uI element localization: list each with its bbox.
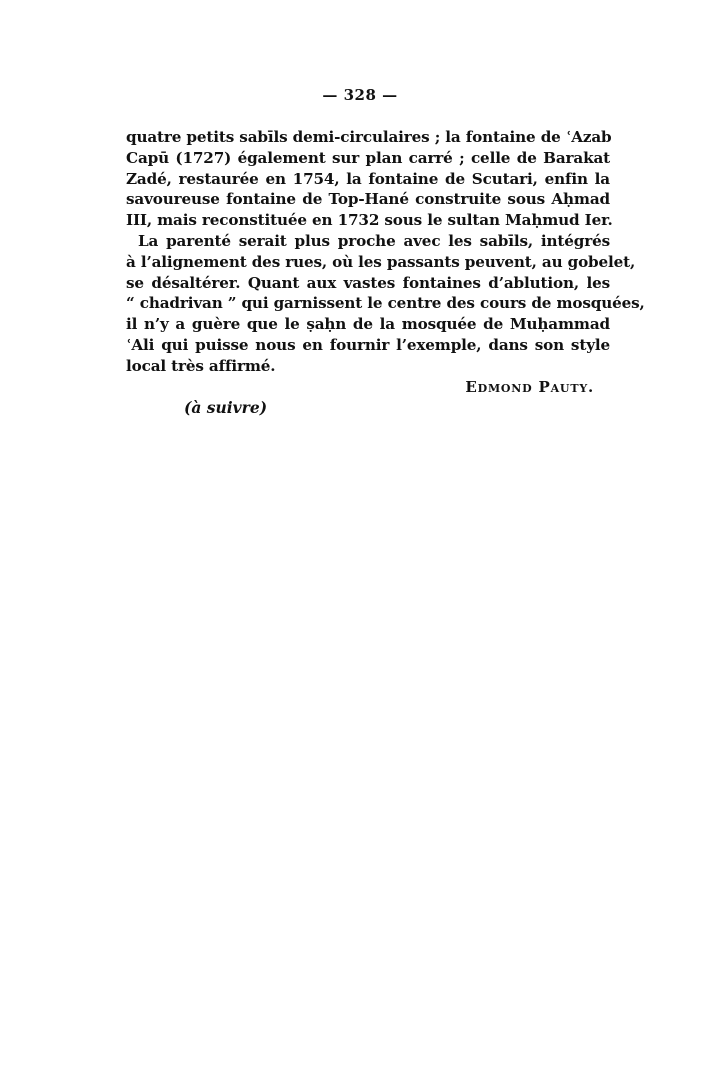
text-line: ʿAli qui puisse nous en fournir l’exempl… <box>126 335 610 356</box>
text-line: quatre petits sabīls demi-circulaires ; … <box>126 127 610 148</box>
text-line: Zadé, restaurée en 1754, la fontaine de … <box>126 169 610 190</box>
text-line: “ chadrivan ” qui garnissent le centre d… <box>126 293 610 314</box>
page-number: — 328 — <box>0 86 720 104</box>
body-text: quatre petits sabīls demi-circulaires ; … <box>126 127 610 419</box>
paragraph-1: quatre petits sabīls demi-circulaires ; … <box>126 127 610 231</box>
author-signature: Edmond Pauty. <box>126 377 610 398</box>
paragraph-2: La parenté serait plus proche avec les s… <box>126 231 610 377</box>
continued-note: (à suivre) <box>126 397 610 419</box>
text-line: III, mais reconstituée en 1732 sous le s… <box>126 210 610 231</box>
text-line: La parenté serait plus proche avec les s… <box>126 231 610 252</box>
text-line: savoureuse fontaine de Top-Hané construi… <box>126 189 610 210</box>
text-line: local très affirmé. <box>126 356 610 377</box>
text-line: Capū (1727) également sur plan carré ; c… <box>126 148 610 169</box>
text-line: il n’y a guère que le ṣaḥn de la mosquée… <box>126 314 610 335</box>
text-line: à l’alignement des rues, où les passants… <box>126 252 610 273</box>
text-line: se désaltérer. Quant aux vastes fontaine… <box>126 273 610 294</box>
